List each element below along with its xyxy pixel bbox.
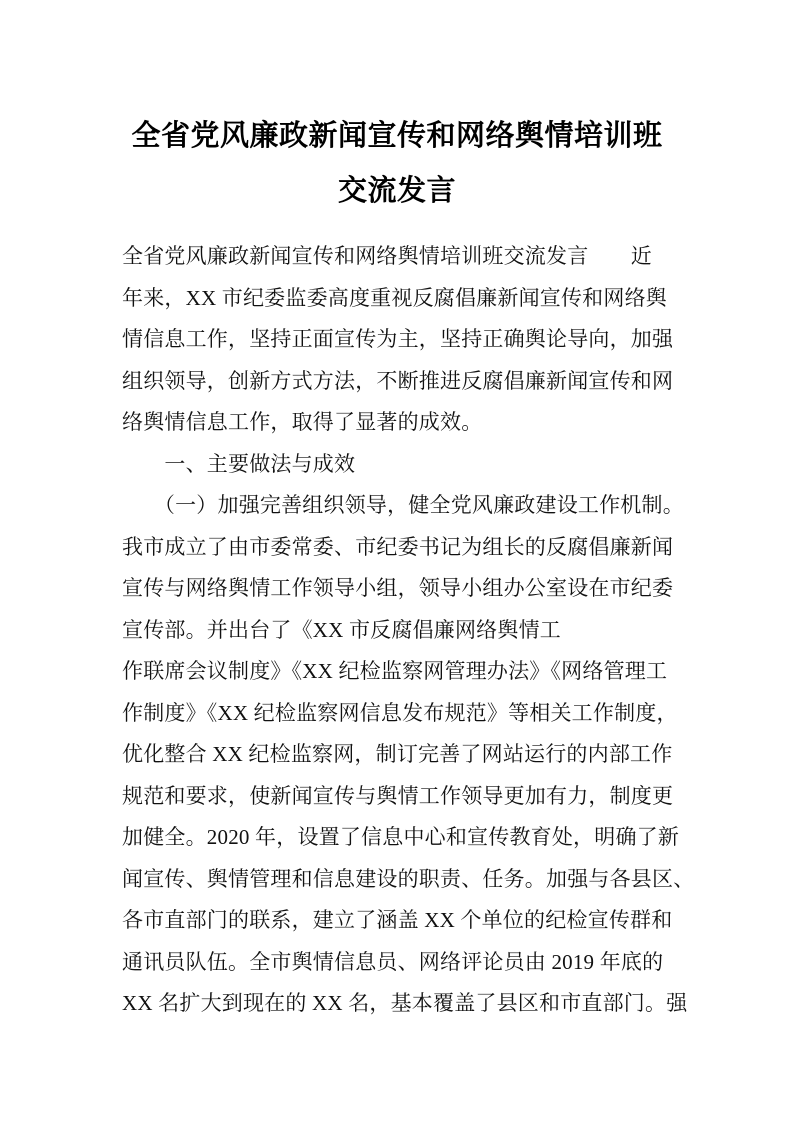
body-line: 闻宣传、舆情管理和信息建设的职责、任务。加强与各县区、 [122,859,672,901]
body-line: 通讯员队伍。全市舆情信息员、网络评论员由 2019 年底的 [122,942,672,984]
document-page: 全省党风廉政新闻宣传和网络舆情培训班 交流发言 全省党风廉政新闻宣传和网络舆情培… [0,0,793,1122]
body-line: 加健全。2020 年，设置了信息中心和宣传教育处，明确了新 [122,817,672,859]
document-title: 全省党风廉政新闻宣传和网络舆情培训班 交流发言 [122,109,672,219]
body-line: 络舆情信息工作，取得了显著的成效。 [122,402,672,444]
body-line: 优化整合 XX 纪检监察网，制订完善了网站运行的内部工作 [122,734,672,776]
body-line: （一）加强完善组织领导，健全党风廉政建设工作机制。 [122,485,672,527]
body-line: 宣传部。并出台了《XX 市反腐倡廉网络舆情工 [122,610,672,652]
body-line: 宣传与网络舆情工作领导小组，领导小组办公室设在市纪委 [122,568,672,610]
body-line: 年来，XX 市纪委监委高度重视反腐倡廉新闻宣传和网络舆 [122,278,672,320]
body-line: 全省党风廉政新闻宣传和网络舆情培训班交流发言 近 [122,236,672,278]
body-line: 各市直部门的联系，建立了涵盖 XX 个单位的纪检宣传群和 [122,900,672,942]
body-line: 情信息工作，坚持正面宣传为主，坚持正确舆论导向，加强 [122,319,672,361]
body-line: XX 名扩大到现在的 XX 名，基本覆盖了县区和市直部门。强 [122,983,672,1025]
body-line: 我市成立了由市委常委、市纪委书记为组长的反腐倡廉新闻 [122,527,672,569]
body-line: 一、主要做法与成效 [122,444,672,486]
body-text: 全省党风廉政新闻宣传和网络舆情培训班交流发言 近年来，XX 市纪委监委高度重视反… [122,236,672,1025]
body-line: 规范和要求，使新闻宣传与舆情工作领导更加有力，制度更 [122,776,672,818]
body-line: 作制度》《XX 纪检监察网信息发布规范》等相关工作制度， [122,693,672,735]
body-line: 作联席会议制度》《XX 纪检监察网管理办法》《网络管理工 [122,651,672,693]
title-line-1: 全省党风廉政新闻宣传和网络舆情培训班 [122,109,672,164]
title-line-2: 交流发言 [122,164,672,219]
body-line: 组织领导，创新方式方法，不断推进反腐倡廉新闻宣传和网 [122,361,672,403]
